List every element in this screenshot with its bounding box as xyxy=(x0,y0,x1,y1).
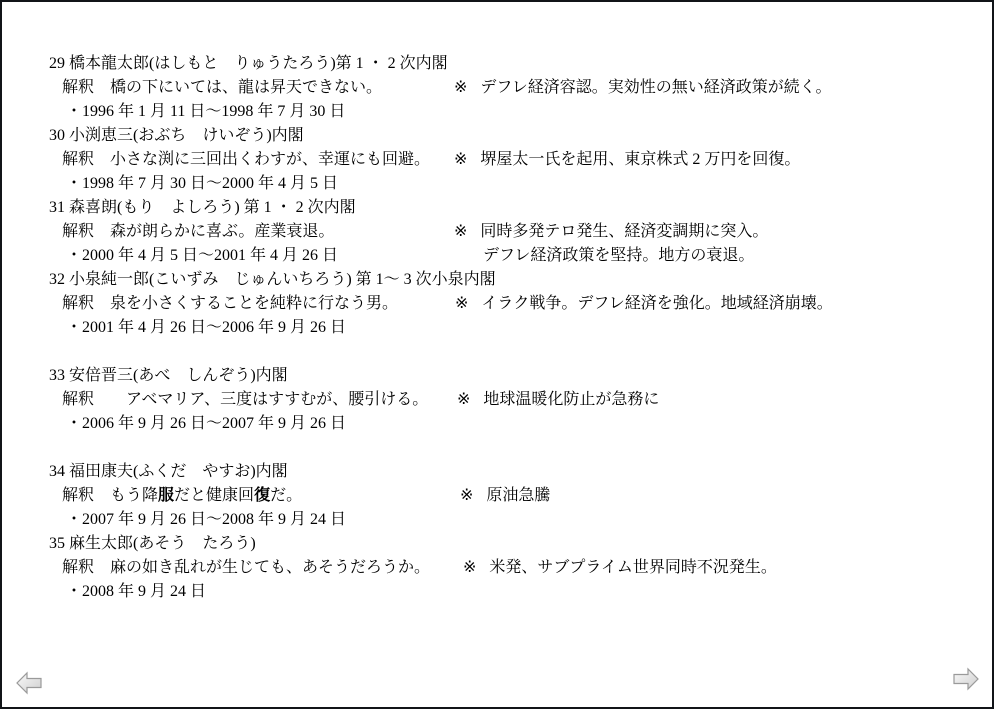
entry-title-text: 31 森喜朗(もり よしろう) 第 1 ・ 2 次内閣 xyxy=(49,199,356,216)
entry-title: 35 麻生太郎(あそう たろう) xyxy=(2,532,992,556)
entry-dates-row: ・1998 年 7 月 30 日～2000 年 4 月 5 日 xyxy=(2,172,992,196)
entry-dates-row: ・2000 年 4 月 5 日～2001 年 4 月 26 日デフレ経済政策を堅… xyxy=(2,244,992,268)
entry-title-text: 35 麻生太郎(あそう たろう) xyxy=(49,535,256,552)
note-continuation: デフレ経済政策を堅持。地方の衰退。 xyxy=(483,244,754,268)
entry-title: 34 福田康夫(ふくだ やすお)内閣 xyxy=(2,460,992,484)
interpretation-label: 解釈 xyxy=(62,391,94,408)
left-arrow-icon xyxy=(15,670,43,696)
entry-interpretation-row: 解釈 森が朗らかに喜ぶ。産業衰退。※同時多発テロ発生、経済変調期に突入。 xyxy=(2,220,992,244)
note-text: 米発、サブプライム世界同時不況発生。 xyxy=(489,559,777,576)
note-text: イラク戦争。デフレ経済を強化。地域経済崩壊。 xyxy=(481,295,832,312)
reference-mark: ※ xyxy=(454,148,467,172)
entry-title-text: 30 小渕恵三(おぶち けいぞう)内閣 xyxy=(49,127,304,144)
interpretation-label: 解釈 xyxy=(62,295,94,312)
interpretation-text: 小さな渕に三回出くわすが、幸運にも回避。 xyxy=(94,151,430,168)
entry-title: 29 橋本龍太郎(はしもと りゅうたろう)第 1 ・ 2 次内閣 xyxy=(2,52,992,76)
entry-title-text: 32 小泉純一郎(こいずみ じゅんいちろう) 第 1～ 3 次小泉内閣 xyxy=(49,271,496,288)
entry-title: 33 安倍晋三(あべ しんぞう)内閣 xyxy=(2,364,992,388)
document-content: 29 橋本龍太郎(はしもと りゅうたろう)第 1 ・ 2 次内閣 解釈 橋の下に… xyxy=(2,2,992,604)
note-text: 原油急騰 xyxy=(486,487,550,504)
interpretation-text: もう降服だと健康回復だ。 xyxy=(94,487,302,504)
reference-mark: ※ xyxy=(457,388,470,412)
interpretation-text: 麻の如き乱れが生じても、あそうだろうか。 xyxy=(94,559,430,576)
entry-note: ※地球温暖化防止が急務に xyxy=(457,388,659,412)
interpretation-text: アベマリア、三度はすすむが、腰引ける。 xyxy=(94,391,428,408)
reference-mark: ※ xyxy=(454,220,467,244)
entry-dates-row: ・1996 年 1 月 11 日～1998 年 7 月 30 日 xyxy=(2,100,992,124)
entry-dates-row: ・2008 年 9 月 24 日 xyxy=(2,580,992,604)
entry-interpretation-row: 解釈 小さな渕に三回出くわすが、幸運にも回避。※堺屋太一氏を起用、東京株式 2 … xyxy=(2,148,992,172)
entry-title: 32 小泉純一郎(こいずみ じゅんいちろう) 第 1～ 3 次小泉内閣 xyxy=(2,268,992,292)
entry-note: ※デフレ経済容認。実効性の無い経済政策が続く。 xyxy=(454,76,831,100)
entry-title-text: 29 橋本龍太郎(はしもと りゅうたろう)第 1 ・ 2 次内閣 xyxy=(49,55,448,72)
entry-interpretation-row: 解釈 もう降服だと健康回復だ。※原油急騰 xyxy=(2,484,992,508)
entry-note: ※米発、サブプライム世界同時不況発生。 xyxy=(463,556,777,580)
entry-note: ※イラク戦争。デフレ経済を強化。地域経済崩壊。 xyxy=(455,292,833,316)
reference-mark: ※ xyxy=(455,292,468,316)
entry-interpretation-row: 解釈 橋の下にいては、龍は昇天できない。※デフレ経済容認。実効性の無い経済政策が… xyxy=(2,76,992,100)
entry-title: 30 小渕恵三(おぶち けいぞう)内閣 xyxy=(2,124,992,148)
dates-text: ・2000 年 4 月 5 日～2001 年 4 月 26 日 xyxy=(66,247,338,264)
dates-text: ・1996 年 1 月 11 日～1998 年 7 月 30 日 xyxy=(66,103,345,120)
entry-interpretation-row: 解釈 麻の如き乱れが生じても、あそうだろうか。※米発、サブプライム世界同時不況発… xyxy=(2,556,992,580)
entry-title-text: 34 福田康夫(ふくだ やすお)内閣 xyxy=(49,463,288,480)
prev-page-button[interactable] xyxy=(15,670,43,696)
interpretation-label: 解釈 xyxy=(62,559,94,576)
reference-mark: ※ xyxy=(463,556,476,580)
note-text: デフレ経済容認。実効性の無い経済政策が続く。 xyxy=(480,79,831,96)
entry-dates-row: ・2007 年 9 月 26 日～2008 年 9 月 24 日 xyxy=(2,508,992,532)
entry-interpretation-row: 解釈 泉を小さくすることを純粋に行なう男。※イラク戦争。デフレ経済を強化。地域経… xyxy=(2,292,992,316)
reference-mark: ※ xyxy=(460,484,473,508)
right-arrow-icon xyxy=(952,666,980,692)
next-page-button[interactable] xyxy=(952,666,980,692)
reference-mark: ※ xyxy=(454,76,467,100)
blank-line xyxy=(2,436,992,460)
document-page: 29 橋本龍太郎(はしもと りゅうたろう)第 1 ・ 2 次内閣 解釈 橋の下に… xyxy=(0,0,994,709)
interpretation-label: 解釈 xyxy=(62,487,94,504)
interpretation-label: 解釈 xyxy=(62,151,94,168)
dates-text: ・2006 年 9 月 26 日～2007 年 9 月 26 日 xyxy=(66,415,346,432)
entry-note: ※堺屋太一氏を起用、東京株式 2 万円を回復。 xyxy=(454,148,800,172)
dates-text: ・2001 年 4 月 26 日～2006 年 9 月 26 日 xyxy=(66,319,346,336)
note-text: 地球温暖化防止が急務に xyxy=(483,391,659,408)
interpretation-text: 森が朗らかに喜ぶ。産業衰退。 xyxy=(94,223,334,240)
note-text: 堺屋太一氏を起用、東京株式 2 万円を回復。 xyxy=(480,151,800,168)
note-text: 同時多発テロ発生、経済変調期に突入。 xyxy=(480,223,768,240)
dates-text: ・2007 年 9 月 26 日～2008 年 9 月 24 日 xyxy=(66,511,346,528)
entry-note: ※原油急騰 xyxy=(460,484,550,508)
interpretation-text: 泉を小さくすることを純粋に行なう男。 xyxy=(94,295,398,312)
blank-line xyxy=(2,340,992,364)
entry-note: ※同時多発テロ発生、経済変調期に突入。 xyxy=(454,220,768,244)
dates-text: ・2008 年 9 月 24 日 xyxy=(66,583,206,600)
interpretation-text: 橋の下にいては、龍は昇天できない。 xyxy=(94,79,382,96)
entry-title-text: 33 安倍晋三(あべ しんぞう)内閣 xyxy=(49,367,288,384)
entry-title: 31 森喜朗(もり よしろう) 第 1 ・ 2 次内閣 xyxy=(2,196,992,220)
interpretation-label: 解釈 xyxy=(62,223,94,240)
entry-interpretation-row: 解釈 アベマリア、三度はすすむが、腰引ける。※地球温暖化防止が急務に xyxy=(2,388,992,412)
entry-dates-row: ・2006 年 9 月 26 日～2007 年 9 月 26 日 xyxy=(2,412,992,436)
entry-dates-row: ・2001 年 4 月 26 日～2006 年 9 月 26 日 xyxy=(2,316,992,340)
interpretation-label: 解釈 xyxy=(62,79,94,96)
dates-text: ・1998 年 7 月 30 日～2000 年 4 月 5 日 xyxy=(66,175,338,192)
